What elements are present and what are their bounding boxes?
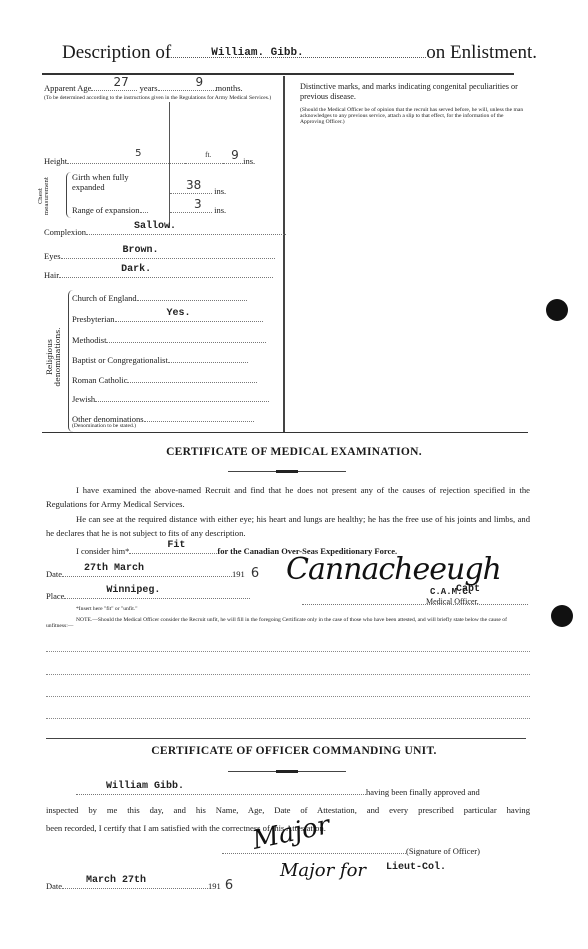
date-label: Date — [46, 569, 62, 579]
corps-value: C.A.M.C. — [430, 587, 473, 597]
medical-officer-signature: Cannacheeugh — [286, 552, 501, 587]
title-prefix: Description of — [62, 42, 171, 63]
religion-item: Church of England — [72, 292, 247, 303]
hair-row: HairDark. — [44, 269, 273, 280]
height-inches: 9 — [231, 148, 239, 162]
religious-denominations-label: Religious denominations. — [46, 312, 62, 402]
eyes-row: EyesBrown. — [44, 250, 275, 261]
religion-label: Roman Catholic — [72, 375, 127, 385]
page-title: Description ofWilliam. Gibb.on Enlistmen… — [62, 42, 537, 64]
distinctive-marks-note: (Should the Medical Officer be of opinio… — [300, 107, 528, 125]
height-feet: 5 — [135, 148, 141, 159]
girth-row: Girth when fully expanded — [72, 172, 140, 192]
apparent-age-row: Apparent Age27 years9months. — [44, 82, 243, 93]
date-label: Date — [46, 881, 62, 891]
years-label: years — [140, 83, 158, 93]
religion-label: Presbyterian — [72, 314, 115, 324]
officer-line — [302, 596, 528, 605]
unfitness-line — [46, 673, 530, 675]
religion-item: Jewish — [72, 393, 269, 404]
range-value: 3 — [194, 197, 202, 211]
place-label: Place — [46, 591, 64, 601]
medical-officer-label: Medical Officer. — [426, 597, 479, 606]
range-value-row: 3 ins. — [170, 204, 226, 215]
unfitness-note: NOTE.—Should the Medical Officer conside… — [46, 617, 530, 629]
medical-date-value: 27th March — [84, 563, 144, 574]
year-prefix: 191 — [232, 569, 245, 579]
insert-note: *Insert here "fit" or "unfit." — [76, 606, 137, 612]
recruit-name: William. Gibb. — [211, 47, 303, 59]
religion-label: Baptist or Congregationalist — [72, 355, 168, 365]
complexion-value: Sallow. — [134, 221, 176, 232]
complexion-label: Complexion — [44, 227, 86, 237]
height-label: Height — [44, 156, 67, 166]
hair-value: Dark. — [121, 264, 151, 275]
chest-measurement-label: Chest measurement — [38, 174, 50, 218]
commanding-date-row: DateMarch 27th191 6 — [46, 878, 233, 893]
girth-label: Girth when fully expanded — [72, 172, 140, 192]
girth-value-row: 38 ins. — [170, 185, 226, 196]
ins-label: ins. — [243, 156, 255, 166]
unfitness-line — [46, 717, 530, 719]
section-rule — [42, 432, 528, 433]
religion-item: Roman Catholic — [72, 374, 257, 385]
commanding-line-1: William Gibb.having been finally approve… — [76, 786, 480, 797]
medical-certificate-title: CERTIFICATE OF MEDICAL EXAMINATION. — [0, 446, 588, 458]
medical-para-2: He can see at the required distance with… — [46, 512, 530, 540]
complexion-row: ComplexionSallow. — [44, 226, 286, 237]
punch-hole — [551, 605, 573, 627]
commanding-date-value: March 27th — [86, 875, 146, 886]
age-note: (To be determined according to the instr… — [44, 95, 276, 101]
year-prefix: 191 — [208, 881, 221, 891]
hair-label: Hair — [44, 270, 59, 280]
religion-label: Church of England — [72, 293, 137, 303]
title-ornament — [228, 771, 346, 772]
months-label: months. — [216, 83, 243, 93]
eyes-value: Brown. — [123, 245, 159, 256]
range-row: Range of expansion — [72, 204, 148, 215]
religion-item: Baptist or Congregationalist — [72, 354, 248, 365]
signature-row: (Signature of Officer) — [222, 845, 480, 856]
ft-label: ft. — [205, 151, 211, 159]
year-digit: 6 — [225, 878, 233, 893]
unfitness-line — [46, 650, 530, 652]
fitness-value: Fit — [167, 540, 185, 551]
column-divider — [283, 76, 285, 432]
title-ornament — [228, 471, 346, 472]
medical-para-1: I have examined the above-named Recruit … — [46, 483, 530, 511]
consider-label: I consider him* — [76, 546, 129, 556]
range-unit: ins. — [214, 205, 226, 215]
signature-label: (Signature of Officer) — [406, 846, 480, 856]
punch-hole — [546, 299, 568, 321]
name-field: William. Gibb. — [171, 45, 426, 58]
eyes-label: Eyes — [44, 251, 61, 261]
range-label: Range of expansion — [72, 205, 140, 215]
religion-value: Yes. — [167, 308, 191, 319]
unfitness-line — [46, 695, 530, 697]
religion-label: Methodist — [72, 335, 106, 345]
religion-label: Jewish — [72, 394, 95, 404]
girth-value: 38 — [186, 178, 201, 192]
section-rule — [46, 738, 526, 739]
religion-item: PresbyterianYes. — [72, 313, 263, 324]
other-denomination-note: (Denomination to be stated.) — [72, 423, 136, 429]
year-digit: 6 — [251, 566, 259, 581]
place-row: PlaceWinnipeg. — [46, 590, 250, 601]
commanding-certificate-title: CERTIFICATE OF OFFICER COMMANDING UNIT. — [0, 745, 588, 757]
commanding-line-2: inspected by me this day, and his Name, … — [46, 803, 530, 817]
medical-date-row: Date27th March191 6 — [46, 566, 259, 581]
commanding-name-value: William Gibb. — [106, 781, 184, 792]
distinctive-marks-heading: Distinctive marks, and marks indicating … — [300, 82, 528, 102]
age-years: 27 — [113, 75, 128, 89]
height-row: Height5ft.9ins. — [44, 155, 255, 166]
age-months: 9 — [196, 75, 204, 89]
girth-unit: ins. — [214, 186, 226, 196]
major-for-signature: Major for — [280, 860, 366, 881]
place-value: Winnipeg. — [106, 585, 160, 596]
commanding-rank: Lieut-Col. — [386, 862, 446, 873]
chest-brace — [66, 172, 71, 218]
approved-text: having been finally approved and — [366, 787, 480, 797]
title-suffix: on Enlistment. — [426, 42, 537, 63]
religion-item: Methodist — [72, 334, 266, 345]
apparent-age-label: Apparent Age — [44, 83, 91, 93]
